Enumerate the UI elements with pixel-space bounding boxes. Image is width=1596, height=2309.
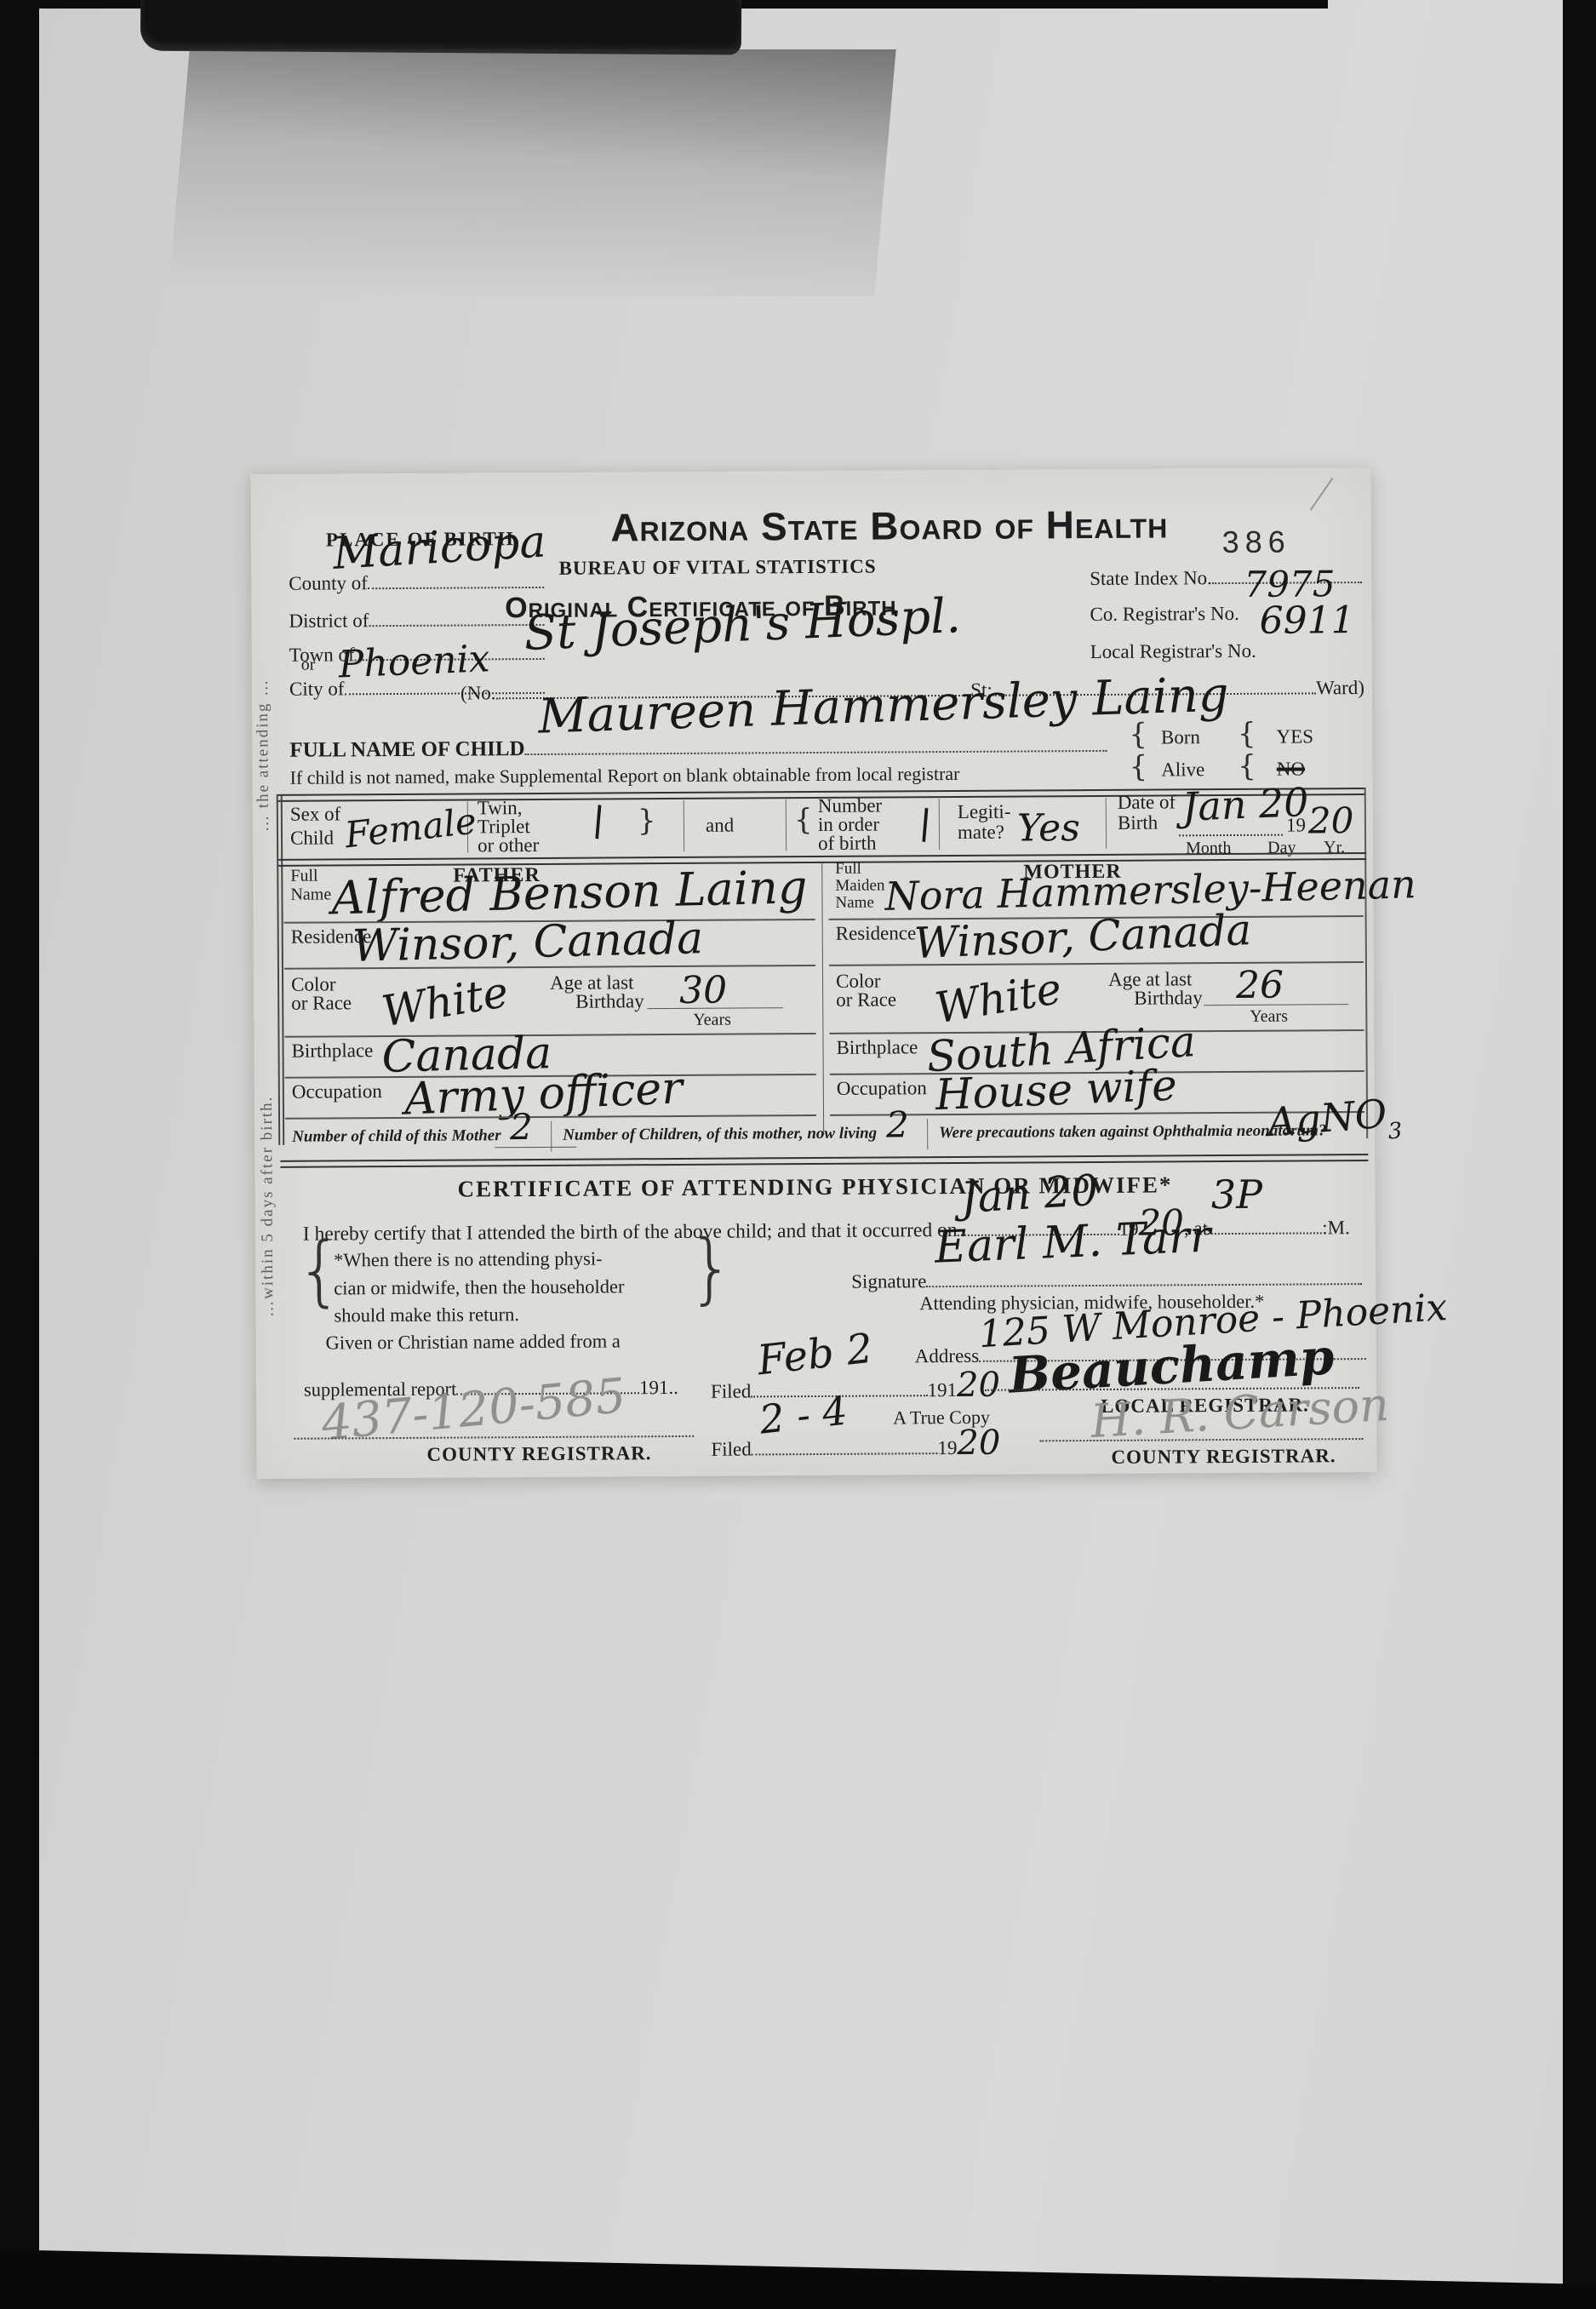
legitimate-value: Yes [1017, 806, 1080, 850]
state-index-label: State Index No. [1090, 568, 1212, 589]
child-number-line [495, 1147, 576, 1149]
brace-icon: { [1238, 717, 1256, 751]
physician-section-title: CERTIFICATE OF ATTENDING PHYSICIAN OR MI… [255, 1171, 1375, 1204]
state-index-value: 386 [1222, 524, 1291, 560]
cell-divider [786, 799, 787, 851]
twin-label-3: or other [478, 835, 539, 857]
filed-year-prefix-2: 19 [937, 1438, 957, 1458]
sex-label-2: Child [290, 828, 334, 848]
right-rail [1364, 788, 1369, 1138]
born-value: YES [1277, 726, 1314, 747]
filed-row-2: Filed 2 - 4 19 20 [711, 1429, 1000, 1464]
mother-name-label-1: Full [835, 860, 884, 877]
mother-occupation-label: Occupation [837, 1078, 927, 1099]
cell-divider [1106, 798, 1107, 849]
filed-year-value-1: 20 [957, 1366, 1000, 1405]
local-registrar-value: 6911 [1259, 599, 1354, 643]
father-age-label-2: Birthday [575, 991, 644, 1012]
not-named-note: If child is not named, make Supplemental… [290, 763, 960, 789]
book-spine-object [140, 0, 741, 54]
signature-row: Signature Earl M. Tarr [851, 1259, 1362, 1292]
mother-occupation-value: House wife [935, 1060, 1178, 1120]
precautions-value: AgNO3 [1266, 1089, 1404, 1154]
county-registrar-label-left: COUNTY REGISTRAR. [426, 1442, 651, 1466]
parents-divider [821, 862, 824, 1135]
brace-icon: { [1129, 718, 1147, 752]
certify-text: I hereby certify that I attended the bir… [303, 1219, 958, 1246]
certificate-paper: … the attending … …within 5 days after b… [250, 467, 1376, 1479]
scan-edge-right [1563, 0, 1596, 2309]
board-title: Arizona State Board of Health [523, 501, 1256, 551]
occurred-date-value: Jan 20 [959, 1166, 1100, 1223]
cell-divider [927, 1119, 928, 1149]
no-label: (No. [460, 683, 496, 703]
co-registrar-label: Co. Registrar's No. [1090, 604, 1239, 625]
born-label: Born [1161, 727, 1238, 748]
child-number-label: Number of child of this Mother [292, 1126, 501, 1146]
dob-label-2: Birth [1118, 813, 1158, 834]
sex-value: Female [343, 799, 478, 856]
county-registrar-label: COUNTY REGISTRAR. [1111, 1445, 1336, 1469]
filed-label-1: Filed [711, 1381, 751, 1401]
father-color-label-2: or Race [291, 993, 352, 1014]
father-age-value: 30 [679, 969, 727, 1012]
mother-color-label-2: or Race [836, 989, 896, 1011]
brace-icon: { [1129, 750, 1147, 784]
margin-note-top: … the attending … [253, 534, 273, 832]
child-name-row: FULL NAME OF CHILD Maureen Hammersley La… [289, 725, 1107, 762]
precautions-chem: AgNO [1266, 1091, 1388, 1146]
cell-divider [939, 799, 940, 850]
district-label: District of [289, 610, 369, 632]
mother-years-label: Years [1250, 1008, 1288, 1026]
alive-value: NO [1277, 759, 1305, 779]
filed-year-value-2: 20 [957, 1424, 1000, 1463]
twin-stroke: \ [586, 796, 609, 845]
brace-icon: { [1238, 749, 1256, 783]
filed-label-2: Filed [711, 1439, 751, 1459]
dob-year-prefix: 19 [1286, 815, 1306, 835]
left-rail [277, 794, 285, 1145]
filed-date-2: 2 - 4 [758, 1388, 850, 1443]
signature-label: Signature [851, 1271, 926, 1292]
dob-line [1179, 811, 1283, 837]
father-name-label-1: Full [290, 868, 317, 885]
mother-age-label-2: Birthday [1134, 988, 1203, 1009]
local-registrar-row: Local Registrar's No. 6911 [1090, 633, 1363, 662]
mother-color-value: White [931, 964, 1065, 1033]
city-label: City of [289, 679, 345, 700]
brace-icon: { [794, 803, 813, 837]
fold-crease [1310, 478, 1334, 511]
supplemental-year: 191.. [639, 1378, 678, 1398]
precautions-sub: 3 [1387, 1118, 1404, 1144]
time-value: 3P [1211, 1172, 1263, 1218]
householder-note-2: cian or midwife, then the householder [334, 1273, 624, 1303]
brace-icon: } [688, 1223, 735, 1313]
scanned-photo: … the attending … …within 5 days after b… [0, 0, 1596, 2309]
mother-residence-label: Residence [836, 923, 917, 944]
cell-divider [684, 800, 684, 851]
margin-note-bottom: …within 5 days after birth. [256, 840, 277, 1317]
legitimate-label-1: Legiti- [958, 802, 1011, 823]
and-label: and [706, 816, 734, 836]
father-birthplace-label: Birthplace [291, 1040, 373, 1062]
dob-year-value: 20 [1308, 799, 1354, 841]
children-living-value: 2 [886, 1103, 909, 1145]
father-residence-value: Winsor, Canada [352, 913, 704, 972]
filed-date-1: Feb 2 [755, 1325, 875, 1385]
mother-birthplace-label: Birthplace [836, 1037, 918, 1058]
rule-stats-bottom [280, 1154, 1368, 1168]
local-registrar-label: Local Registrar's No. [1090, 641, 1256, 662]
address-label: Address [915, 1346, 980, 1367]
householder-note-1: *When there is no attending physi- [334, 1245, 624, 1275]
mother-name-label: Full Maiden Name [835, 860, 884, 911]
signature-value: Earl M. Tarr [934, 1212, 1212, 1274]
alive-label: Alive [1161, 759, 1238, 781]
father-color-value: White [378, 967, 512, 1036]
born-row: { Born { YES [1129, 716, 1359, 752]
children-living-label: Number of Children, of this mother, now … [563, 1125, 877, 1145]
child-name-label: FULL NAME OF CHILD [289, 738, 524, 762]
brace-icon: } [638, 804, 656, 838]
father-years-label: Years [693, 1011, 731, 1029]
householder-note-3: should make this return. [334, 1301, 624, 1331]
bureau-title: BUREAU OF VITAL STATISTICS [522, 555, 913, 580]
mother-name-label-3: Name [835, 894, 884, 911]
scan-edge-left [0, 0, 39, 2309]
order-label-3: of birth [818, 834, 877, 855]
order-stroke: \ [913, 799, 936, 849]
filed-row-1: Filed Feb 2 191 20 [711, 1371, 1000, 1407]
legitimate-label-2: mate? [958, 822, 1004, 843]
supplemental-line-1: Given or Christian name added from a [326, 1330, 621, 1354]
filed-year-prefix-1: 191 [928, 1380, 958, 1401]
father-occupation-label: Occupation [292, 1081, 382, 1103]
dob-label-1: Date of [1118, 792, 1176, 813]
alive-row: { Alive { NO [1129, 748, 1359, 784]
m-label: :M. [1322, 1218, 1350, 1238]
householder-note: *When there is no attending physi- cian … [334, 1245, 625, 1330]
child-number-value: 2 [510, 1106, 533, 1148]
mother-name-label-2: Maiden [835, 877, 884, 894]
mother-age-value: 26 [1236, 964, 1284, 1007]
sex-label-1: Sex of [290, 804, 341, 825]
father-name-label-2: Name [290, 885, 331, 903]
ward-label: Ward) [1316, 678, 1364, 698]
object-shadow [168, 49, 895, 296]
scan-edge-bottom [0, 2244, 1596, 2309]
